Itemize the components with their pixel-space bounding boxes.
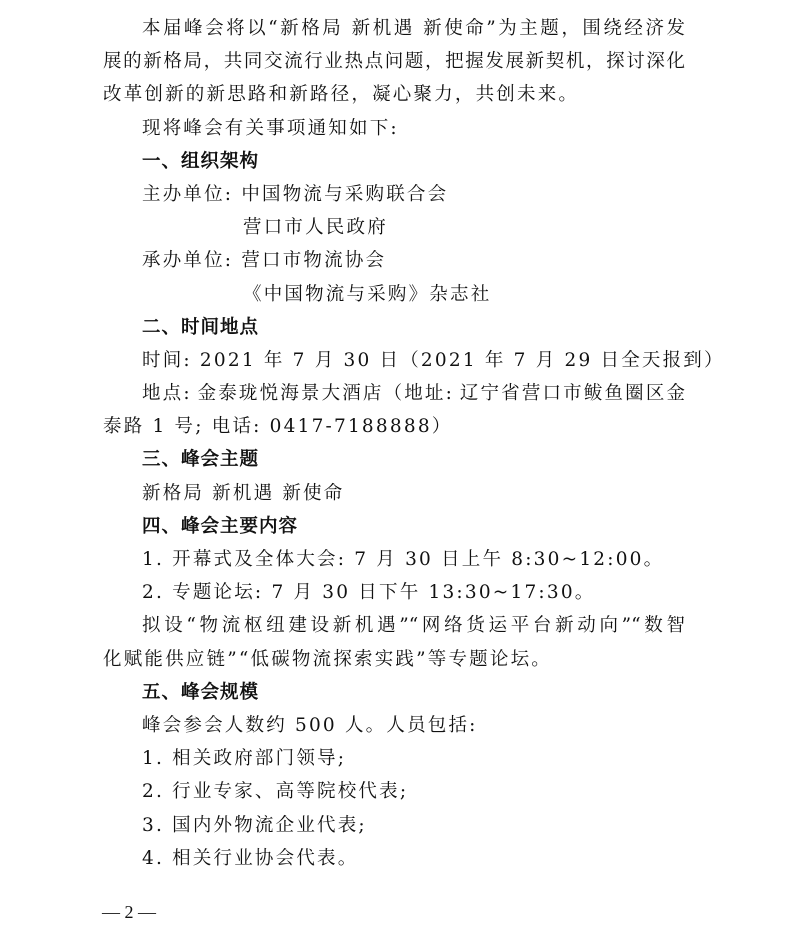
host-unit-1: 中国物流与采购联合会: [241, 184, 448, 205]
organizer-label: 承办单位:: [142, 250, 233, 271]
section-heading-content: 四、峰会主要内容: [103, 510, 685, 543]
section-heading-theme: 三、峰会主题: [103, 443, 685, 476]
organizer-unit-1: 营口市物流协会: [241, 250, 386, 271]
intro-paragraph-line-1: 本届峰会将以“新格局 新机遇 新使命”为主题，围绕经济发: [103, 12, 685, 45]
notice-line: 现将峰会有关事项通知如下:: [103, 112, 685, 145]
organizer-unit-2: 《中国物流与采购》杂志社: [103, 278, 685, 311]
intro-paragraph-line-3: 改革创新的新思路和新路径，凝心聚力，共创未来。: [103, 78, 685, 111]
event-time: 时间: 2021 年 7 月 30 日（2021 年 7 月 29 日全天报到）: [103, 344, 685, 377]
attendee-item-1: 1. 相关政府部门领导;: [103, 742, 685, 775]
attendee-item-4: 4. 相关行业协会代表。: [103, 842, 685, 875]
host-units-row: 主办单位: 中国物流与采购联合会: [103, 178, 685, 211]
attendee-item-2: 2. 行业专家、高等院校代表;: [103, 775, 685, 808]
event-place-line-1: 地点: 金泰珑悦海景大酒店（地址: 辽宁省营口市鲅鱼圈区金: [103, 377, 685, 410]
document-page: 本届峰会将以“新格局 新机遇 新使命”为主题，围绕经济发 展的新格局，共同交流行…: [103, 12, 685, 875]
section-heading-scale: 五、峰会规模: [103, 676, 685, 709]
scale-summary: 峰会参会人数约 500 人。人员包括:: [103, 709, 685, 742]
page-number: — 2 —: [102, 902, 156, 923]
content-item-2: 2. 专题论坛: 7 月 30 日下午 13:30~17:30。: [103, 576, 685, 609]
host-unit-2: 营口市人民政府: [103, 211, 685, 244]
host-label: 主办单位:: [142, 184, 233, 205]
event-place-line-2: 泰路 1 号; 电话: 0417-7188888）: [103, 410, 685, 443]
intro-paragraph-line-2: 展的新格局，共同交流行业热点问题，把握发展新契机，探讨深化: [103, 45, 685, 78]
forums-line-2: 化赋能供应链”“低碳物流探索实践”等专题论坛。: [103, 643, 685, 676]
section-heading-organization: 一、组织架构: [103, 145, 685, 178]
theme-text: 新格局 新机遇 新使命: [103, 477, 685, 510]
section-heading-time-place: 二、时间地点: [103, 311, 685, 344]
content-item-1: 1. 开幕式及全体大会: 7 月 30 日上午 8:30~12:00。: [103, 543, 685, 576]
forums-line-1: 拟设“物流枢纽建设新机遇”“网络货运平台新动向”“数智: [103, 609, 685, 642]
organizer-units-row: 承办单位: 营口市物流协会: [103, 244, 685, 277]
attendee-item-3: 3. 国内外物流企业代表;: [103, 809, 685, 842]
